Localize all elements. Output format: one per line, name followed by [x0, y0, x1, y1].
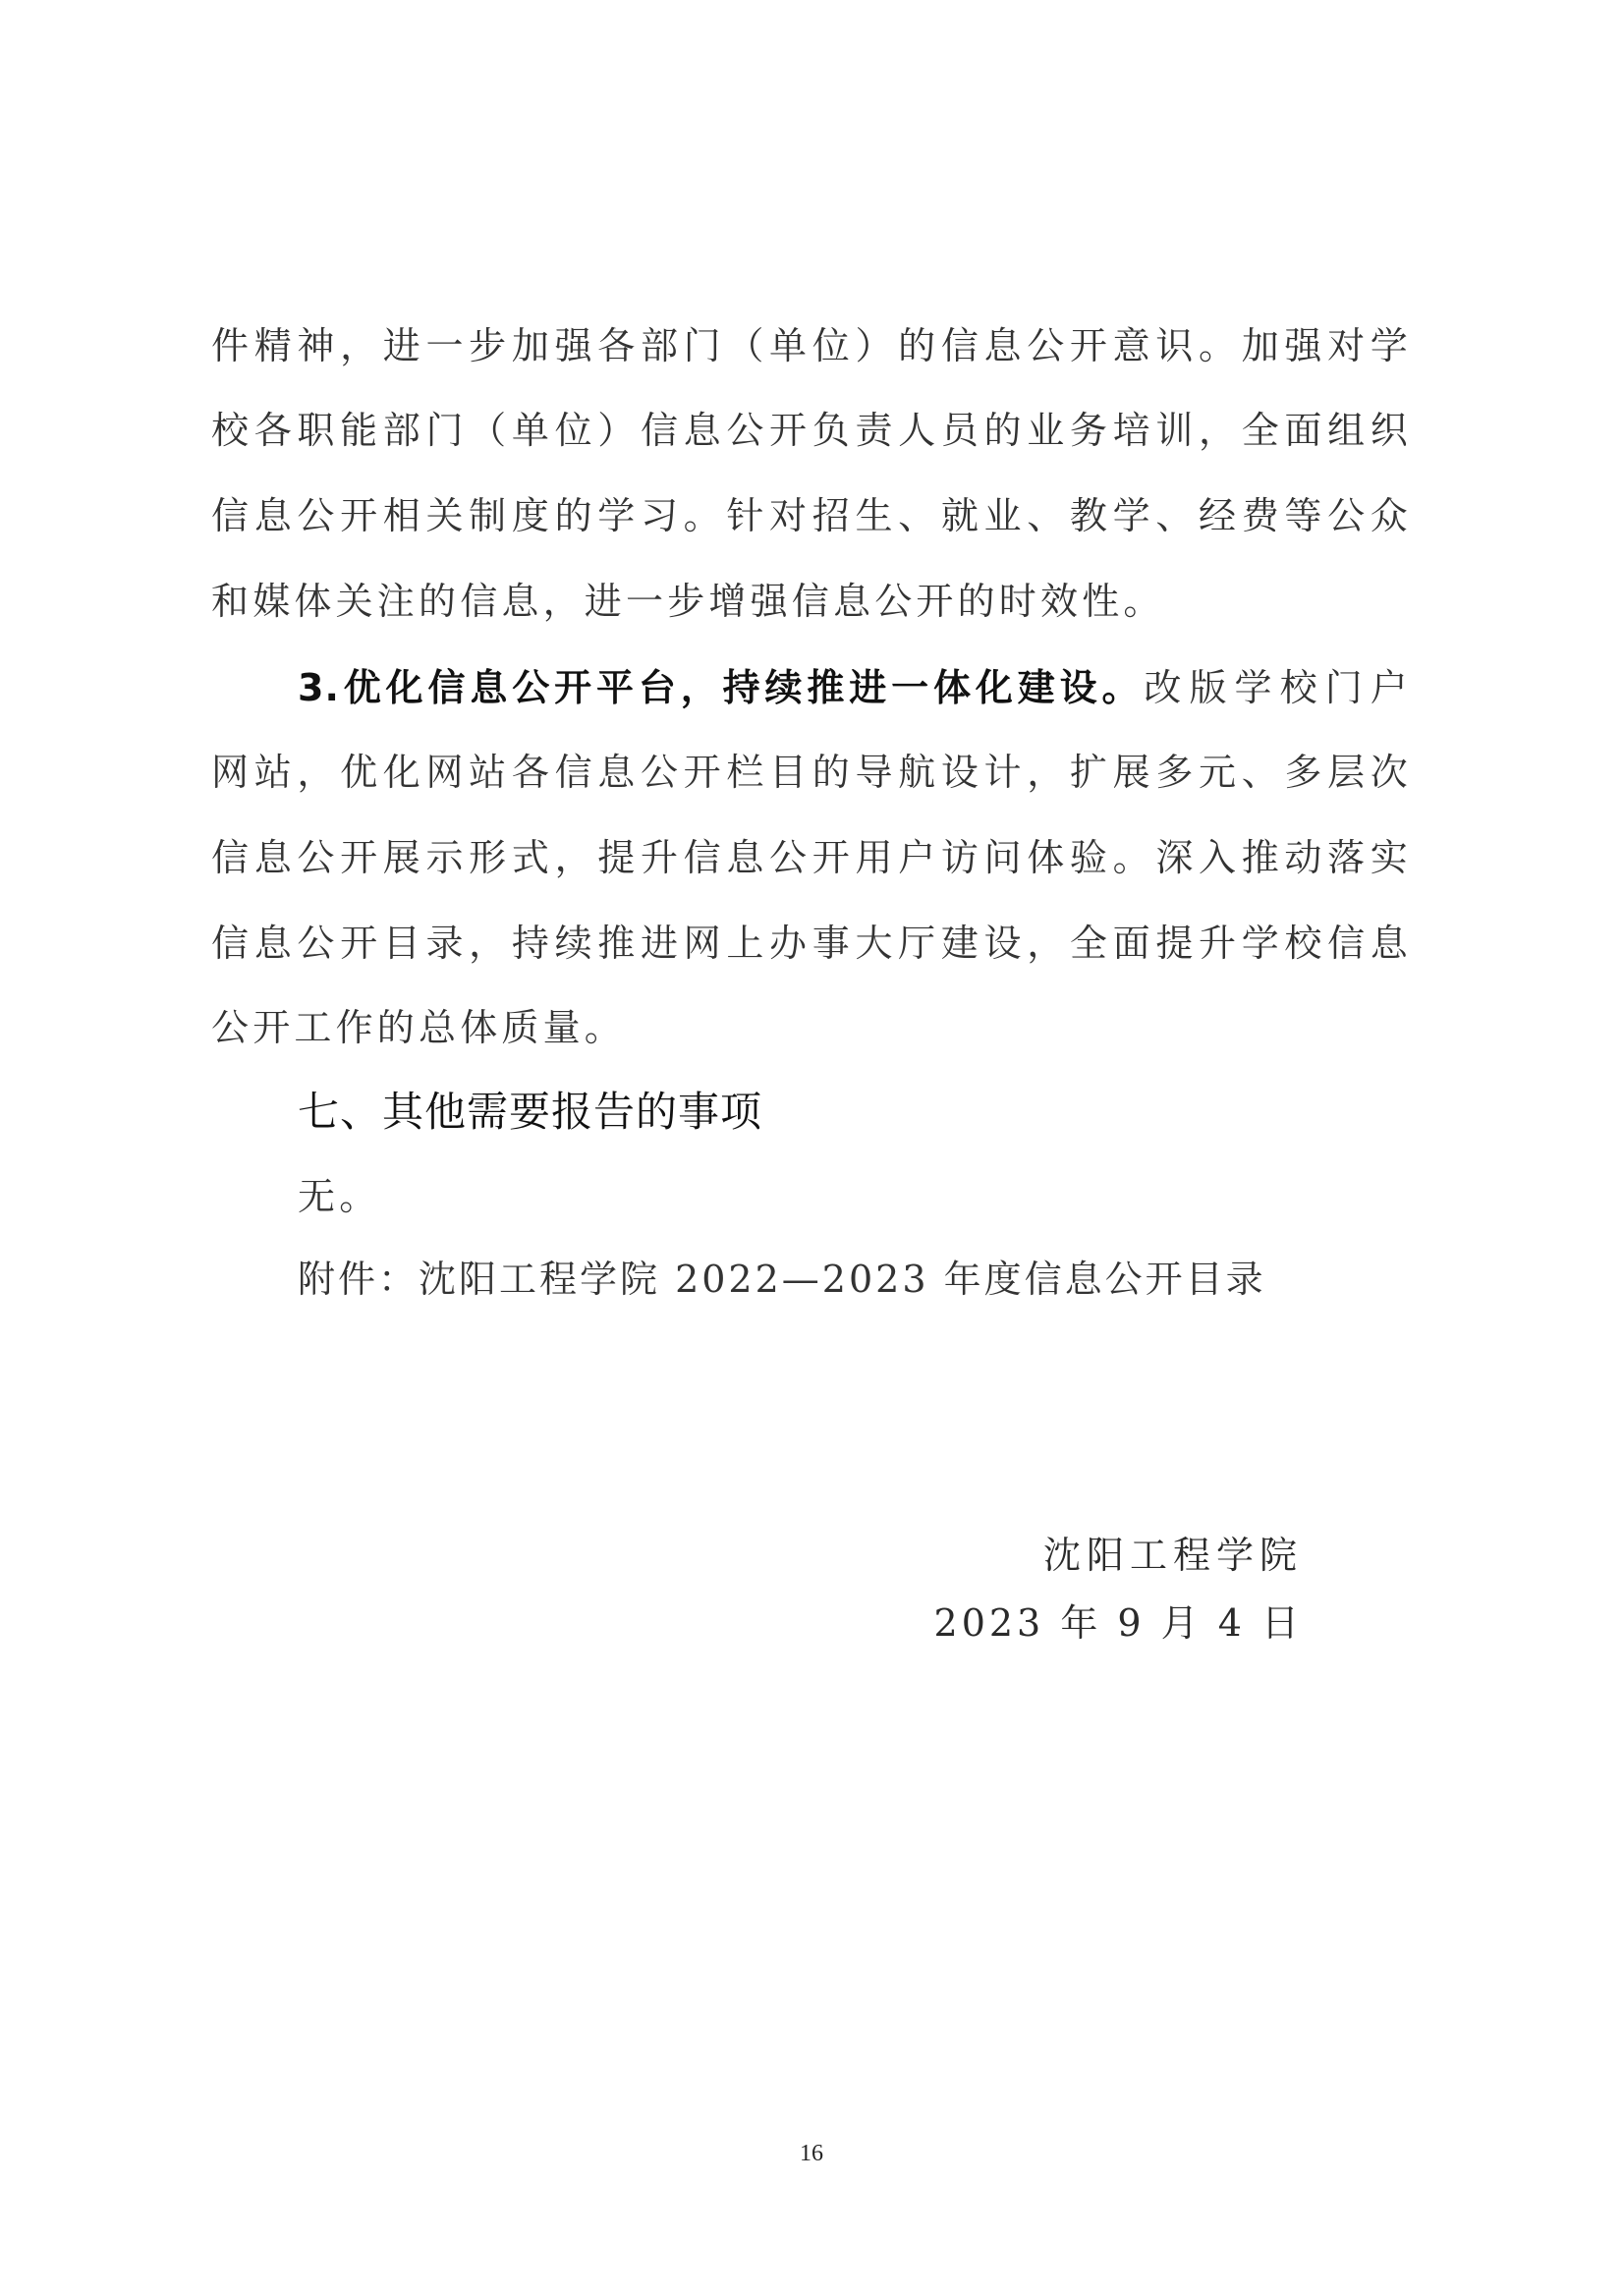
- paragraph-line: 信息公开展示形式，提升信息公开用户访问体验。深入推动落实: [211, 828, 1412, 887]
- signature-organization: 沈阳工程学院: [1043, 1526, 1303, 1585]
- paragraph-line: 网站，优化网站各信息公开栏目的导航设计，扩展多元、多层次: [211, 743, 1412, 802]
- page-number: 16: [0, 2138, 1623, 2169]
- paragraph-line: 和媒体关注的信息，进一步增强信息公开的时效性。: [211, 572, 1412, 631]
- section-heading: 七、其他需要报告的事项: [298, 1083, 762, 1142]
- section-body: 无。: [298, 1167, 1412, 1226]
- paragraph-3-first-line-rest: 改版学校门户: [1144, 666, 1412, 709]
- attachment-note: 附件：沈阳工程学院 2022—2023 年度信息公开目录: [298, 1250, 1412, 1309]
- paragraph-line: 件精神，进一步加强各部门（单位）的信息公开意识。加强对学: [211, 316, 1412, 375]
- document-page: 件精神，进一步加强各部门（单位）的信息公开意识。加强对学 校各职能部门（单位）信…: [0, 0, 1623, 2296]
- paragraph-line: 信息公开相关制度的学习。针对招生、就业、教学、经费等公众: [211, 486, 1412, 545]
- signature-date: 2023 年 9 月 4 日: [934, 1594, 1303, 1652]
- paragraph-line: 校各职能部门（单位）信息公开负责人员的业务培训，全面组织: [211, 401, 1412, 460]
- paragraph-line: 信息公开目录，持续推进网上办事大厅建设，全面提升学校信息: [211, 914, 1412, 973]
- paragraph-line: 公开工作的总体质量。: [211, 998, 1412, 1057]
- paragraph-3-first-line: 3.优化信息公开平台，持续推进一体化建设。改版学校门户: [298, 658, 1412, 717]
- paragraph-3-lead: 3.优化信息公开平台，持续推进一体化建设。: [298, 666, 1144, 709]
